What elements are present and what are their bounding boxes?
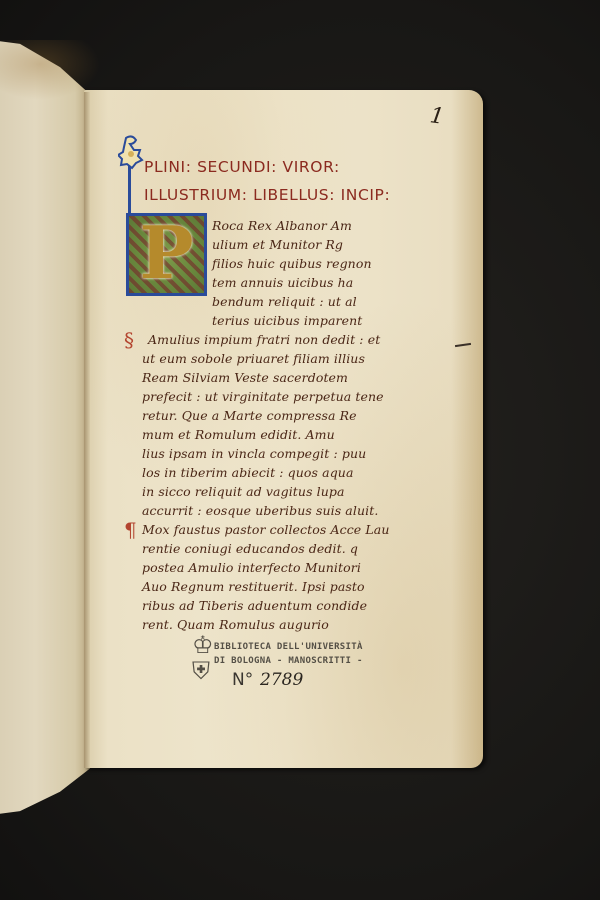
rubric-title-line-1: PLINI: SECUNDI: VIROR: bbox=[144, 158, 340, 176]
shelfmark-number: 2789 bbox=[260, 670, 303, 690]
text-line: Mox faustus pastor collectos Acce Lau bbox=[142, 522, 389, 537]
text-line: ulium et Munitor Rg bbox=[212, 237, 343, 252]
text-line: in sicco reliquit ad vagitus lupa bbox=[142, 484, 345, 499]
library-stamp: ♔⛨ BIBLIOTECA DELL'UNIVERSITÀ DI BOLOGNA… bbox=[192, 632, 392, 702]
text-line: filios huic quibus regnon bbox=[212, 256, 372, 271]
paragraph-mark: ¶ bbox=[124, 518, 137, 542]
text-line: mum et Romulum edidit. Amu bbox=[142, 427, 335, 442]
stamp-line-2: DI BOLOGNA - MANOSCRITTI - bbox=[214, 656, 363, 666]
stamp-number-label: N° bbox=[232, 670, 253, 690]
text-line: retur. Que a Marte compressa Re bbox=[142, 408, 357, 423]
text-line: accurrit : eosque uberibus suis aluit. bbox=[142, 503, 378, 518]
left-page-verso bbox=[0, 40, 90, 815]
illuminated-initial: P bbox=[126, 213, 207, 296]
stamp-line-1: BIBLIOTECA DELL'UNIVERSITÀ bbox=[214, 642, 363, 652]
rubric-title-line-2: ILLUSTRIUM: LIBELLUS: INCIP: bbox=[144, 186, 390, 204]
paragraph-mark: § bbox=[124, 328, 134, 352]
text-line: Auo Regnum restituerit. Ipsi pasto bbox=[142, 579, 365, 594]
page-gutter bbox=[84, 92, 90, 768]
text-line: postea Amulio interfecto Munitori bbox=[142, 560, 361, 575]
text-line: los in tiberim abiecit : quos aqua bbox=[142, 465, 354, 480]
text-line: terius uicibus imparent bbox=[212, 313, 362, 328]
text-line: prefecit : ut virginitate perpetua tene bbox=[142, 389, 384, 404]
initial-letter: P bbox=[129, 210, 204, 295]
text-line: Ream Silviam Veste sacerdotem bbox=[142, 370, 348, 385]
text-line: rentie coniugi educandos dedit. q bbox=[142, 541, 358, 556]
text-line: ut eum sobole priuaret filiam illius bbox=[142, 351, 365, 366]
text-line: rent. Quam Romulus augurio bbox=[142, 617, 329, 632]
text-line: Roca Rex Albanor Am bbox=[212, 218, 352, 233]
text-line: lius ipsam in vincla compegit : puu bbox=[142, 446, 366, 461]
text-line: tem annuis uicibus ha bbox=[212, 275, 353, 290]
text-line: bendum reliquit : ut al bbox=[212, 294, 357, 309]
text-line: ribus ad Tiberis aduentum condide bbox=[142, 598, 367, 613]
text-line: Amulius impium fratri non dedit : et bbox=[148, 332, 380, 347]
